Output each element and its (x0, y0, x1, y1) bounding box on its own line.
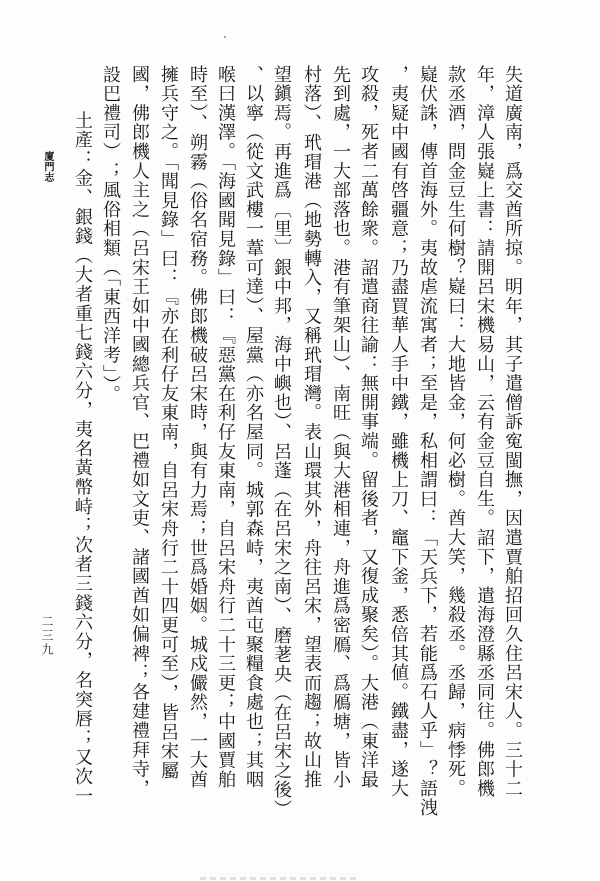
text-column: 望鎭焉。再進爲〔里〕銀中邦，海中嶼也）、呂蓬（在呂宋之南）、磨荖央（在呂宋之後） (270, 65, 292, 825)
text-column: 時至）、朔霧（俗名宿務。佛郎機破呂宋時，與有力焉；世爲婚姻。城戍儼然，一大酋 (186, 65, 208, 825)
text-column: 設巴禮司）；風俗相類（「東西洋考」）。 (99, 65, 121, 825)
text-column: 失道廣南，爲交酋所掠。明年，其子遣僧訴寃閩撫，因遣賈舶招回久住呂宋人。三十二 (501, 65, 523, 825)
text-column: 喉曰漢澤。「海國聞見錄」曰：『惡黨在利仔友東南，自呂宋舟行二十三更；中國賈舶 (214, 65, 236, 825)
text-column-paragraph-start: 土產：金、銀錢（大者重七錢六分，夷名黃幣峙；次者三錢六分，名突唇；又次一 (71, 111, 93, 871)
text-column: 擁兵守之。「聞見錄」曰：『亦在利仔友東南，自呂宋舟行二十四更可至），皆呂宋屬 (157, 65, 179, 825)
text-column: 年，漳人張嶷上書：請開呂宋機易山，云有金豆自生。詔下，遣海澄縣丞同往。佛郎機 (473, 65, 495, 825)
scan-artifact (200, 877, 360, 880)
text-column: 款丞酒，問金豆生何樹？嶷曰：大地皆金，何必樹。酋大笑，幾殺丞。丞歸，病悸死。 (444, 65, 466, 825)
scan-speck (224, 36, 226, 38)
text-column: 嶷伏誅，傳首海外。夷故虐流寓者；至是，私相謂曰：「天兵下，若能爲石人乎」？語洩 (416, 65, 438, 825)
text-column: ，夷疑中國有啓疆意；乃盡買華人手中鐵，雖機上刀、竈下釜，悉倍其値。鐵盡，遂大 (387, 65, 409, 825)
running-header: 廈門志 (40, 151, 54, 183)
book-page: 失道廣南，爲交酋所掠。明年，其子遣僧訴寃閩撫，因遣賈舶招回久住呂宋人。三十二 年… (0, 0, 600, 881)
text-column: 攻殺，死者二萬餘衆。詔遣商往諭：無開事端。留後者，又復成聚矣）。大港（東洋最 (357, 65, 379, 825)
page-number: 二三九 (40, 615, 54, 657)
text-column: 村落）、玳瑁港（地勢轉入，又稱玳瑁灣。表山環其外，舟往呂宋，望表而趨；故山推 (300, 65, 322, 825)
text-column: 先到處，一大部落也。港有筆架山）、南旺（與大港相連，舟進爲密鴈、爲鴈塘，皆小 (329, 65, 351, 825)
text-column: 、以寧（從文武樓一葦可達）、屋黨（亦名屋同。城郭森峙，夷酋屯聚糧食處也；其咽 (242, 65, 264, 825)
text-column: 國，佛郎機人主之（呂宋王如中國總兵官、巴禮如文吏、諸國酋如偏裨；各建禮拜寺， (128, 65, 150, 825)
